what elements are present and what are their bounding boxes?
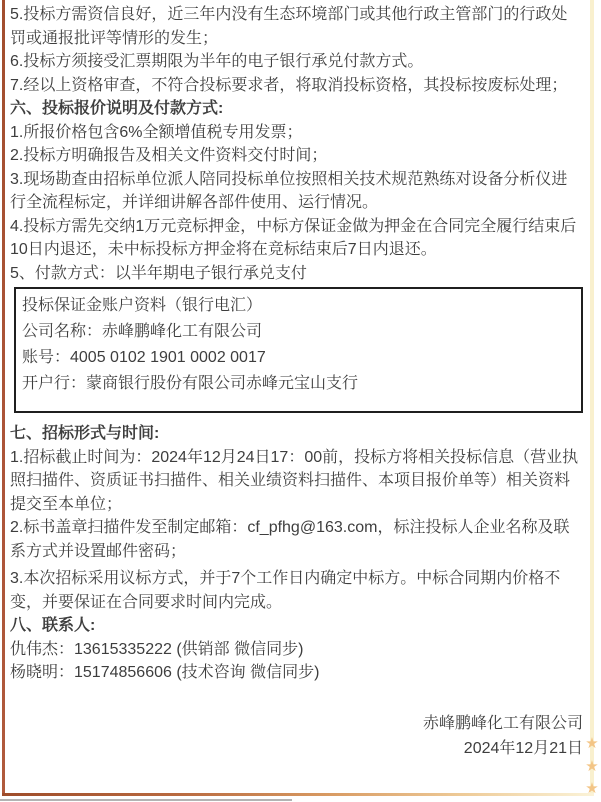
deposit-box-title: 投标保证金账户资料（银行电汇） (22, 293, 573, 319)
deposit-account-info-box: 投标保证金账户资料（银行电汇） 公司名称：赤峰鹏峰化工有限公司 账号：4005 … (14, 287, 583, 413)
clause-paragraph: 3.现场勘查由招标单位派人陪同投标单位按照相关技术规范熟练对设备分析仪进行全流程… (10, 168, 583, 215)
clause-paragraph: 1.所报价格包含6%全额增值税专用发票； (10, 121, 583, 145)
signature-date: 2024年12月21日 (10, 736, 583, 761)
clause-paragraph: 6.投标方须接受汇票期限为半年的电子银行承兑付款方式。 (10, 50, 583, 74)
left-accent-border (2, 0, 5, 796)
bottom-accent-border (2, 793, 594, 796)
tender-document-page: 5.投标方需资信良好，近三年内没有生态环境部门或其他行政主管部门的行政处罚或通报… (0, 0, 601, 802)
clause-paragraph: 4.投标方需先交纳1万元竞标押金，中标方保证金做为押金在合同完全履行结束后10日… (10, 215, 583, 262)
clause-paragraph: 5、付款方式：以半年期电子银行承兑支付 (10, 262, 583, 286)
deposit-company-name: 公司名称：赤峰鹏峰化工有限公司 (22, 319, 573, 345)
star-icon: ★ (584, 736, 600, 752)
clause-paragraph: 7.经以上资格审查，不符合投标要求者，将取消投标资格，其投标按废标处理； (10, 74, 583, 98)
clause-paragraph: 5.投标方需资信良好，近三年内没有生态环境部门或其他行政主管部门的行政处罚或通报… (10, 3, 583, 50)
contact-line: 仇伟杰：13615335222 (供销部 微信同步) (10, 638, 583, 662)
section-heading-quote-payment: 六、投标报价说明及付款方式: (10, 97, 583, 121)
bottom-gray-bar (0, 799, 292, 801)
deposit-account-number: 账号：4005 0102 1901 0002 0017 (22, 345, 573, 371)
star-icon: ★ (584, 759, 600, 775)
signature-block: 赤峰鹏峰化工有限公司 2024年12月21日 (10, 711, 583, 761)
clause-paragraph: 2.投标方明确报告及相关文件资料交付时间； (10, 144, 583, 168)
clause-paragraph: 3.本次招标采用议标方式，并于7个工作日内确定中标方。中标合同期内价格不变，并要… (10, 567, 583, 614)
right-accent-border (590, 0, 594, 796)
contact-line: 杨晓明：15174856606 (技术咨询 微信同步) (10, 661, 583, 685)
section-heading-contacts: 八、联系人: (10, 614, 583, 638)
star-icon: ★ (584, 781, 600, 797)
clause-paragraph: 2.标书盖章扫描件发至制定邮箱：cf_pfhg@163.com，标注投标人企业名… (10, 516, 583, 563)
document-body: 5.投标方需资信良好，近三年内没有生态环境部门或其他行政主管部门的行政处罚或通报… (5, 0, 590, 761)
section-heading-form-time: 七、招标形式与时间: (10, 422, 583, 446)
clause-paragraph: 1.招标截止时间为：2024年12月24日17：00前，投标方将相关投标信息（营… (10, 446, 583, 517)
deposit-bank-name: 开户行：蒙商银行股份有限公司赤峰元宝山支行 (22, 371, 573, 397)
signature-company: 赤峰鹏峰化工有限公司 (10, 711, 583, 736)
